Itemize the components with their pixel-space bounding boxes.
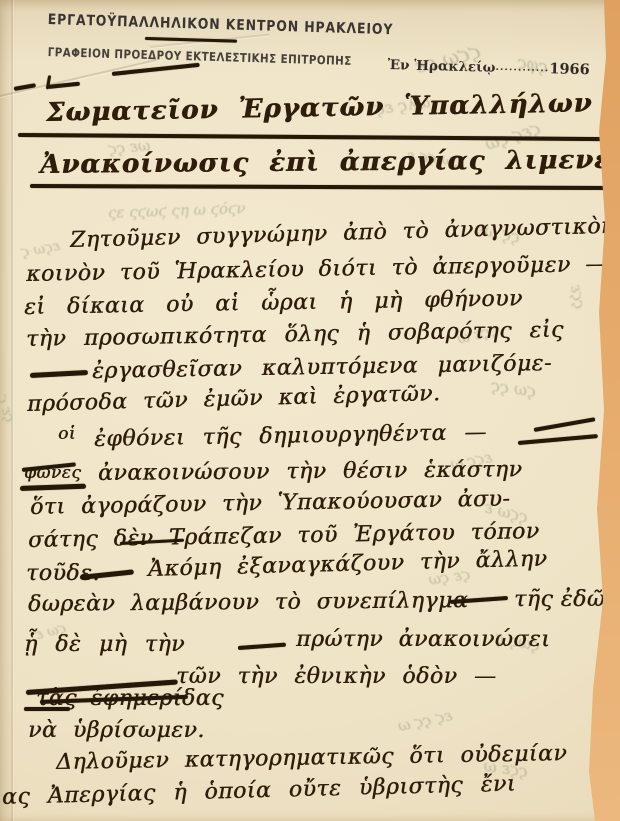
bleedthrough-fragment: ςω ϛϛ ε [406,146,463,170]
handwriting-line: ἀνακοινώσουν τὴν θέσιν ἑκάστην [98,457,523,486]
date-place: Ἐν Ἡρακλείῳ [388,57,496,76]
bleedthrough-fragment: ϛεϛ ςω [483,118,543,155]
bleedthrough-fragment: ωλς εϛ [374,92,431,118]
handwriting-line: κοινὸν τοῦ Ἡρακλείου διότι τὸ ἀπεργοῦμεν… [26,252,608,287]
handwriting-line: νὰ ὑβρίσωμεν. [28,718,205,743]
ink-stroke-mark [26,679,178,695]
letterhead-organization: ΕΡΓΑΤΟΫΠΑΛΛΗΛΙΚΟΝ ΚΕΝΤΡΟΝ ΗΡΑΚΛΕΙΟΥ [48,12,394,38]
scanned-letter-page: ϛϛω ςεςφςωλς εϛϛεϛ ςωςω ϛϛ εωε ςϛςε ςϛωϛ… [0,0,620,821]
ink-stroke-mark [30,370,88,378]
ink-stroke-mark [18,133,608,141]
bleedthrough-fragment: ςωϛ ϛ [494,628,542,655]
handwriting-line: πρώτην ἀνακοινώσει [296,627,550,652]
handwritten-body: Ζητοῦμεν συγγνώμην ἀπὸ τὸ ἀναγνωστικὸνκο… [0,0,620,821]
bleedthrough-fragment: ϛε ςω [427,565,471,589]
ink-stroke-mark [24,707,70,711]
ink-stroke-mark [80,569,134,580]
ink-stroke-mark [30,184,608,190]
paper-crease [150,33,269,47]
handwriting-line: ὅτι ἀγοράζουν τὴν Ὑπακούουσαν ἀσυ- [30,487,511,520]
handwriting-line: σάτης δὲν Τράπεζαν τοῦ Ἐργάτου τόπον [28,519,540,553]
handwriting-line: ᾗ δὲ μὴ τὴν [24,632,185,657]
ink-stroke-mark [450,596,508,604]
handwriting-line: ἐργασθεῖσαν καλυπτόμενα μανιζόμε- [92,351,552,384]
ink-stroke-mark [40,695,188,704]
bleedthrough-fragment: ςε ϛ [0,393,18,424]
ink-stroke-mark [120,539,184,545]
bleedthrough-fragment: ςϛε [567,283,589,311]
bleedthrough-fragment: εϛ ςϛ ω [396,706,454,735]
date-line: Ἐν Ἡρακλείῳ ............................… [388,56,590,78]
handwriting-line: πρόσοδα τῶν ἐμῶν καὶ ἐργατῶν. [27,381,441,417]
letterhead-office: ΓΡΑΦΕΙΟΝ ΠΡΟΕΔΡΟΥ ΕΚΤΕΛΕΣΤΙΚΗΣ ΕΠΙΤΡΟΠΗΣ [48,45,352,68]
ink-stroke-mark [112,63,200,76]
bleedthrough-fragment: ϛςε ω [455,320,500,348]
paper-crease [0,59,157,98]
bleedthrough-fragment: ϛω ςς [490,376,537,401]
bleedthrough-fragment: ςε ςϛωϛ ςη ω ϛόϛν [108,199,246,222]
handwriting-line: φωνὲς [24,463,81,483]
handwriting-line: τὰς ἐφημερίδας [36,686,224,711]
paper-crease [11,0,13,821]
bleedthrough-fragment: ωε ςϛ [107,136,151,158]
handwriting-line: ἐφθόνει τῆς δημιουργηθέντα — [94,420,487,452]
bleedthrough-layer: ϛϛω ςεςφςωλς εϛϛεϛ ςωςω ϛϛ εωε ςϛςε ςϛωϛ… [0,0,620,821]
title-line: Σωματεῖον Ἐργατῶν Ὑπαλλήλων Ἡρακλείου [46,85,620,128]
ink-stroke-mark [20,484,86,491]
ink-stroke-mark [238,643,286,650]
ink-stroke-mark [518,434,598,445]
handwriting-line: Ζητοῦμεν συγγνώμην ἀπὸ τὸ ἀναγνωστικὸν [70,214,615,253]
handwritten-title: Σωματεῖον Ἐργατῶν Ὑπαλλήλων ἩρακλείουἈνα… [0,0,620,821]
ink-stroke-mark [22,462,76,472]
date-leader-dots: ........................................… [495,62,549,74]
handwriting-line: τοῦδε. [26,561,100,586]
ink-marks-layer [0,0,620,821]
bleedthrough-fragment: ςϛω ε [482,497,530,526]
ink-stroke-mark [534,417,596,432]
handwriting-line: εἰ δίκαια οὐ αἱ ὧραι ἡ μὴ φθήνουν [24,286,523,320]
bleedthrough-fragment: εϛω ϛ [20,238,61,261]
bleedthrough-fragment: εϛς ω [449,448,493,473]
handwriting-line: τῶν τὴν ἐθνικὴν ὁδὸν — [176,664,496,689]
handwriting-line: Ἀκόμη ἐξαναγκάζουν τὴν ἄλλην [148,547,548,582]
title-line: Ἀνακοίνωσις ἐπὶ ἀπεργίας λιμενεργατῶν [40,144,620,180]
handwriting-line: Δηλοῦμεν κατηγορηματικῶς ὅτι οὐδεμίαν [56,741,568,775]
date-year: 1966 [549,60,590,78]
bleedthrough-fragment: ςϛ ωε [474,219,522,247]
paper-sheet: ϛϛω ςεςφςωλς εϛϛεϛ ςωςω ϛϛ εωε ςϛςε ςϛωϛ… [0,0,620,821]
bleedthrough-fragment: ϛω ε [34,620,68,643]
bleedthrough-fragment: ςϛε ω [482,756,529,781]
handwriting-line: ας Ἀπεργίας ἡ ὁποία οὔτε ὑβριστὴς ἔνι [2,772,517,810]
handwriting-line: δωρεὰν λαμβάνουν τὸ συνεπίληγμα [28,588,468,617]
handwriting-line: οἱ [58,424,76,444]
handwriting-line: τῆς ἐδῶ [514,587,605,612]
handwriting-line: τὴν προσωπικότητα ὅλης ἡ σοβαρότης εἰς [26,318,564,352]
